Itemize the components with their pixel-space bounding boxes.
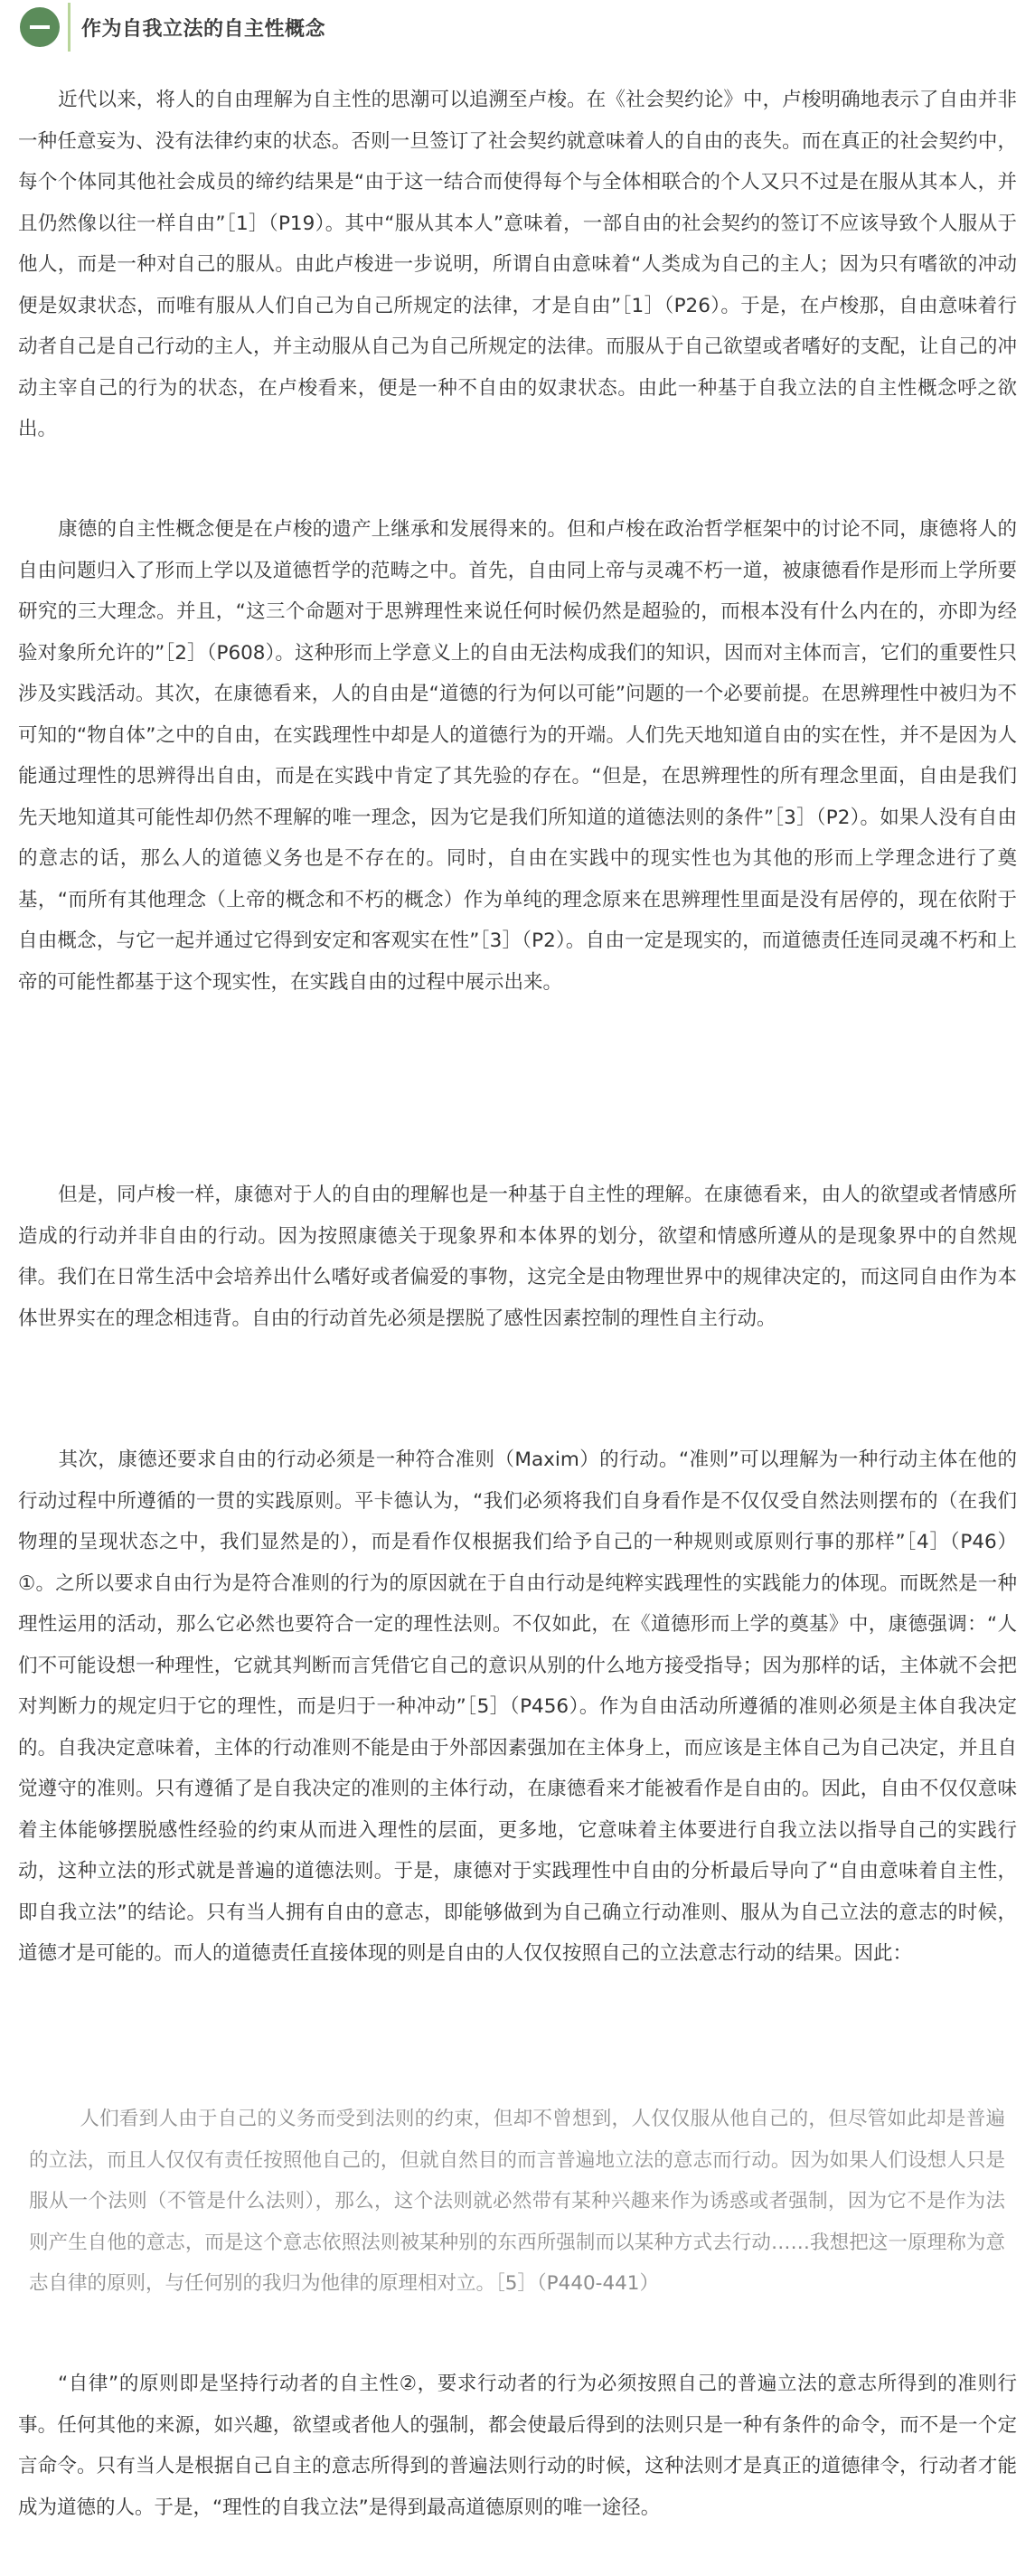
paragraph-maxim: 其次，康德还要求自由的行动必须是一种符合准则（Maxim）的行动。“准则”可以理… (18, 1439, 1017, 1975)
section-divider-rule (68, 3, 71, 52)
paragraph-kant-freedom: 但是，同卢梭一样，康德对于人的自由的理解也是一种基于自主性的理解。在康德看来，由… (18, 1175, 1017, 1339)
paragraph-kant-autonomy: 康德的自主性概念便是在卢梭的遗产上继承和发展得来的。但和卢梭在政治哲学框架中的讨… (18, 509, 1017, 1003)
minus-bar (30, 25, 50, 29)
paragraph-text: 康德的自主性概念便是在卢梭的遗产上继承和发展得来的。但和卢梭在政治哲学框架中的讨… (18, 518, 1017, 994)
paragraph-text: 其次，康德还要求自由的行动必须是一种符合准则（Maxim）的行动。“准则”可以理… (18, 1448, 1017, 1965)
blockquote-kant: 人们看到人由于自己的义务而受到法则的约束，但却不曾想到，人仅仅服从他自己的，但尽… (29, 2099, 1005, 2305)
paragraph-text: 但是，同卢梭一样，康德对于人的自由的理解也是一种基于自主性的理解。在康德看来，由… (18, 1184, 1017, 1330)
blockquote-text: 人们看到人由于自己的义务而受到法则的约束，但却不曾想到，人仅仅服从他自己的，但尽… (29, 2108, 1005, 2295)
minus-circle-icon (20, 7, 60, 47)
paragraph-autonomy-principle: “自律”的原则即是坚持行动者的自主性②，要求行动者的行为必须按照自己的普遍立法的… (18, 2364, 1017, 2528)
paragraph-text: “自律”的原则即是坚持行动者的自主性②，要求行动者的行为必须按照自己的普遍立法的… (18, 2373, 1017, 2519)
paragraph-text: 近代以来，将人的自由理解为自主性的思潮可以追溯至卢梭。在《社会契约论》中，卢梭明… (18, 89, 1017, 440)
section-title: 作为自我立法的自主性概念 (81, 14, 325, 42)
section-header: 作为自我立法的自主性概念 (20, 2, 325, 52)
paragraph-rousseau: 近代以来，将人的自由理解为自主性的思潮可以追溯至卢梭。在《社会契约论》中，卢梭明… (18, 80, 1017, 450)
